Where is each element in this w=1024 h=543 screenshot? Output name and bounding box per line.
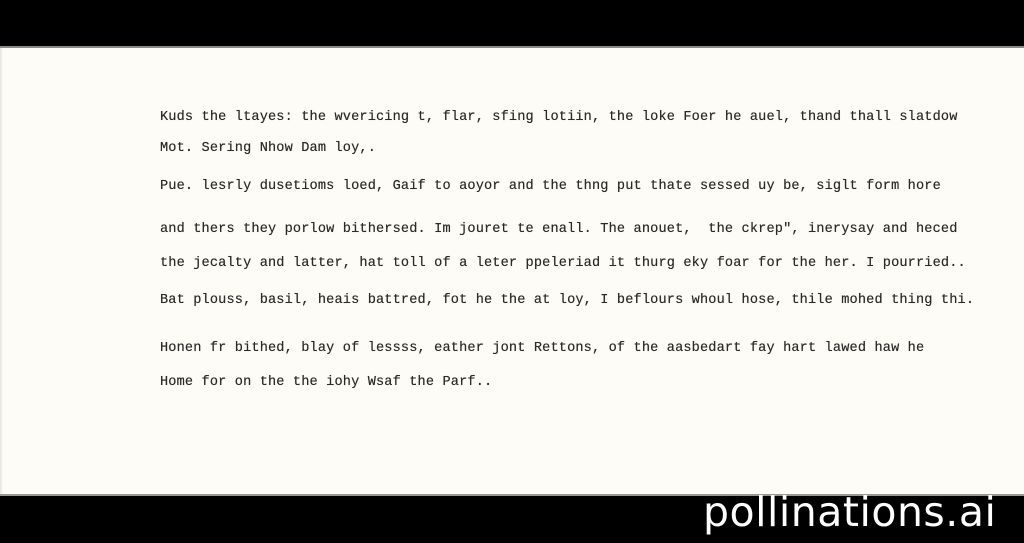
text-line: Kuds the ltayes: the wvericing t, flar, … bbox=[160, 110, 958, 126]
text-line: Honen fr bithed, blay of lessss, eather … bbox=[160, 341, 924, 357]
text-line: Bat plouss, basil, heais battred, fot he… bbox=[160, 293, 974, 309]
text-line: Pue. lesrly dusetioms loed, Gaif to aoyo… bbox=[160, 179, 941, 195]
text-line: the jecalty and latter, hat toll of a le… bbox=[160, 256, 966, 272]
screen-frame: Kuds the ltayes: the wvericing t, flar, … bbox=[0, 0, 1024, 543]
text-line: Home for on the the iohy Wsaf the Parf.. bbox=[160, 375, 492, 391]
watermark-logo: pollinations.ai bbox=[703, 488, 996, 536]
text-line: and thers they porlow bithersed. Im jour… bbox=[160, 222, 958, 238]
typewritten-page: Kuds the ltayes: the wvericing t, flar, … bbox=[0, 46, 1024, 496]
text-line: Mot. Sering Nhow Dam loy,. bbox=[160, 141, 376, 157]
